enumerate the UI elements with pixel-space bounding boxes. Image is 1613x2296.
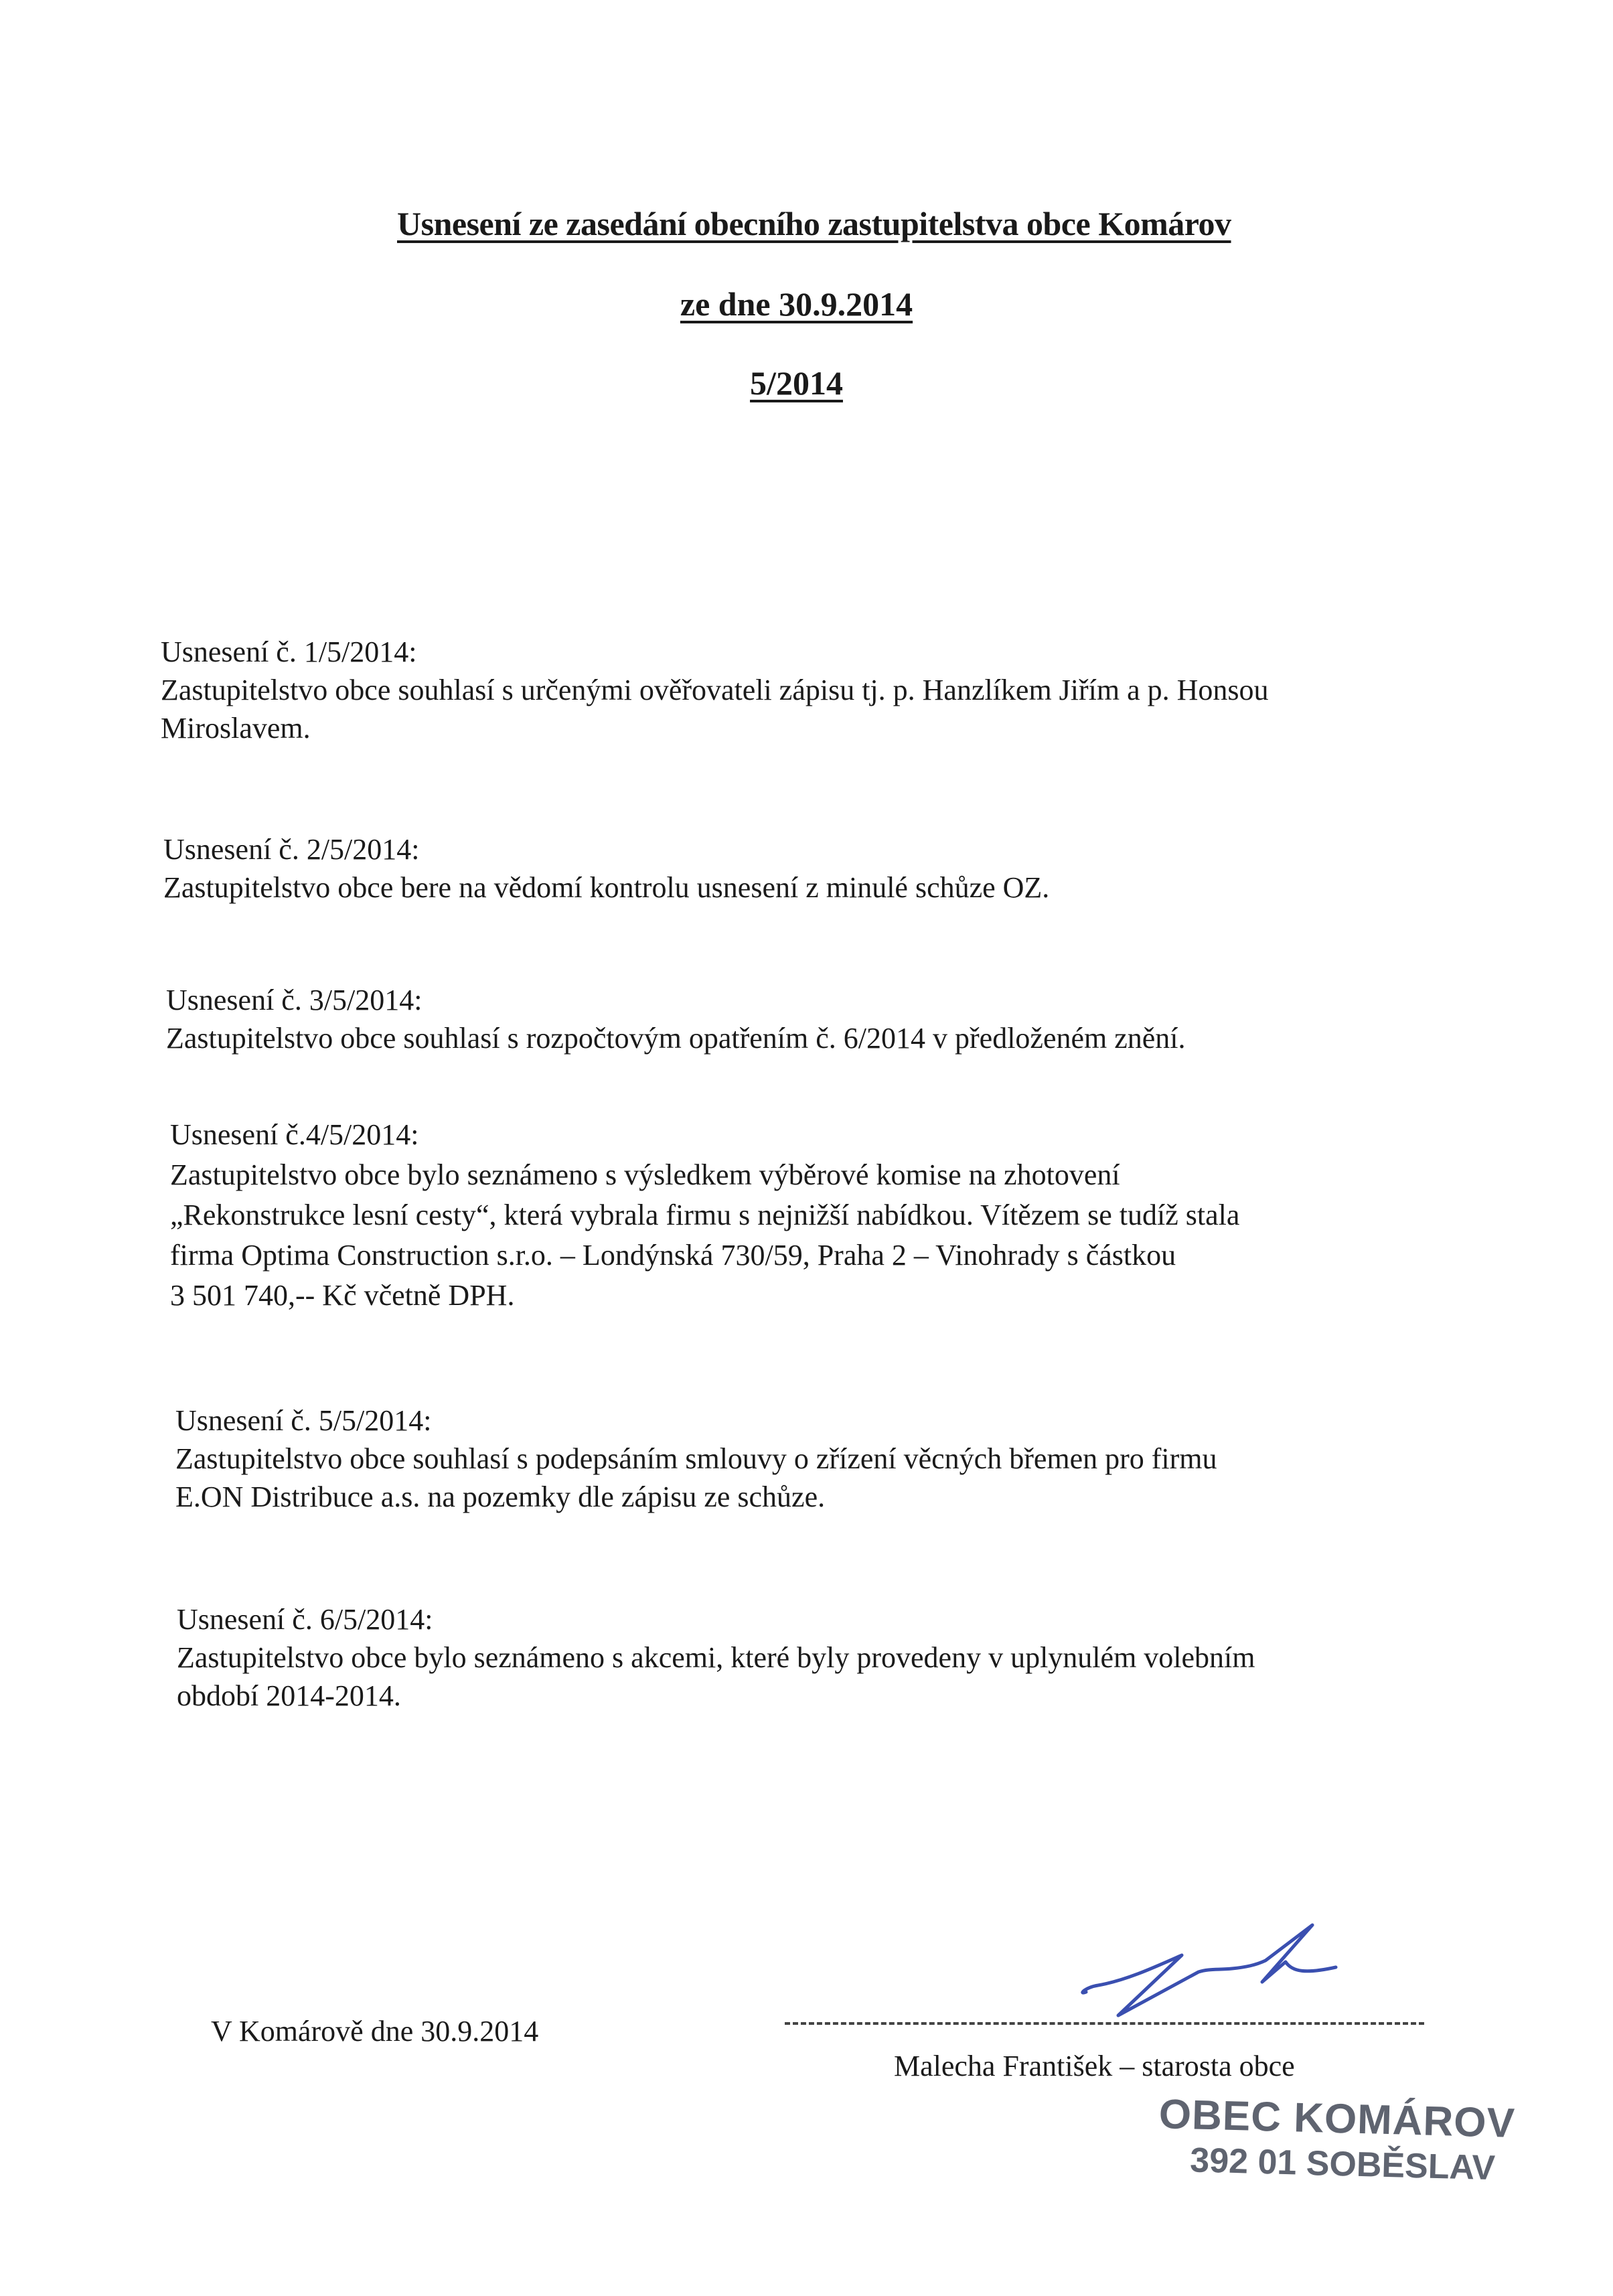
document-date: ze dne 30.9.2014 [0,285,1603,323]
signer-name: Malecha František – starosta obce [894,2049,1295,2083]
resolution-text: Miroslavem. [161,709,1269,747]
resolution-text: Zastupitelstvo obce bylo seznámeno s akc… [177,1638,1255,1677]
resolution-text: firma Optima Construction s.r.o. – Londý… [170,1235,1239,1276]
resolution-heading: Usnesení č.4/5/2014: [170,1115,1239,1155]
resolution-text: Zastupitelstvo obce souhlasí s určenými … [161,671,1269,709]
resolution-heading: Usnesení č. 3/5/2014: [166,981,1186,1019]
resolution-text: Zastupitelstvo obce bylo seznámeno s výs… [170,1155,1239,1195]
document-number: 5/2014 [0,364,1603,402]
resolution-text: Zastupitelstvo obce souhlasí s podepsání… [175,1440,1217,1478]
resolution-heading: Usnesení č. 6/5/2014: [177,1600,1255,1638]
stamp-line-2: 392 01 SOBĚSLAV [1170,2139,1515,2190]
resolution-heading: Usnesení č. 5/5/2014: [175,1401,1217,1440]
resolution-1: Usnesení č. 1/5/2014: Zastupitelstvo obc… [161,633,1269,747]
resolution-2: Usnesení č. 2/5/2014: Zastupitelstvo obc… [163,830,1049,907]
resolution-text: Zastupitelstvo obce souhlasí s rozpočtov… [166,1019,1186,1057]
place-and-date: V Komárově dne 30.9.2014 [211,2014,538,2048]
signature-line [785,2022,1424,2025]
resolution-6: Usnesení č. 6/5/2014: Zastupitelstvo obc… [177,1600,1255,1715]
resolution-text: E.ON Distribuce a.s. na pozemky dle zápi… [175,1478,1217,1516]
official-stamp: OBEC KOMÁROV 392 01 SOBĚSLAV [1157,2091,1515,2190]
resolution-text: „Rekonstrukce lesní cesty“, která vybral… [170,1195,1239,1235]
resolution-heading: Usnesení č. 1/5/2014: [161,633,1269,671]
resolution-5: Usnesení č. 5/5/2014: Zastupitelstvo obc… [175,1401,1217,1516]
resolution-3: Usnesení č. 3/5/2014: Zastupitelstvo obc… [166,981,1186,1057]
resolution-heading: Usnesení č. 2/5/2014: [163,830,1049,868]
document-page: Usnesení ze zasedání obecního zastupitel… [0,0,1613,2296]
resolution-text: 3 501 740,-- Kč včetně DPH. [170,1276,1239,1316]
resolution-text: období 2014-2014. [177,1677,1255,1715]
signature-icon [1065,1908,1353,2029]
resolution-text: Zastupitelstvo obce bere na vědomí kontr… [163,868,1049,907]
resolution-4: Usnesení č.4/5/2014: Zastupitelstvo obce… [170,1115,1239,1316]
document-title: Usnesení ze zasedání obecního zastupitel… [397,204,1231,243]
